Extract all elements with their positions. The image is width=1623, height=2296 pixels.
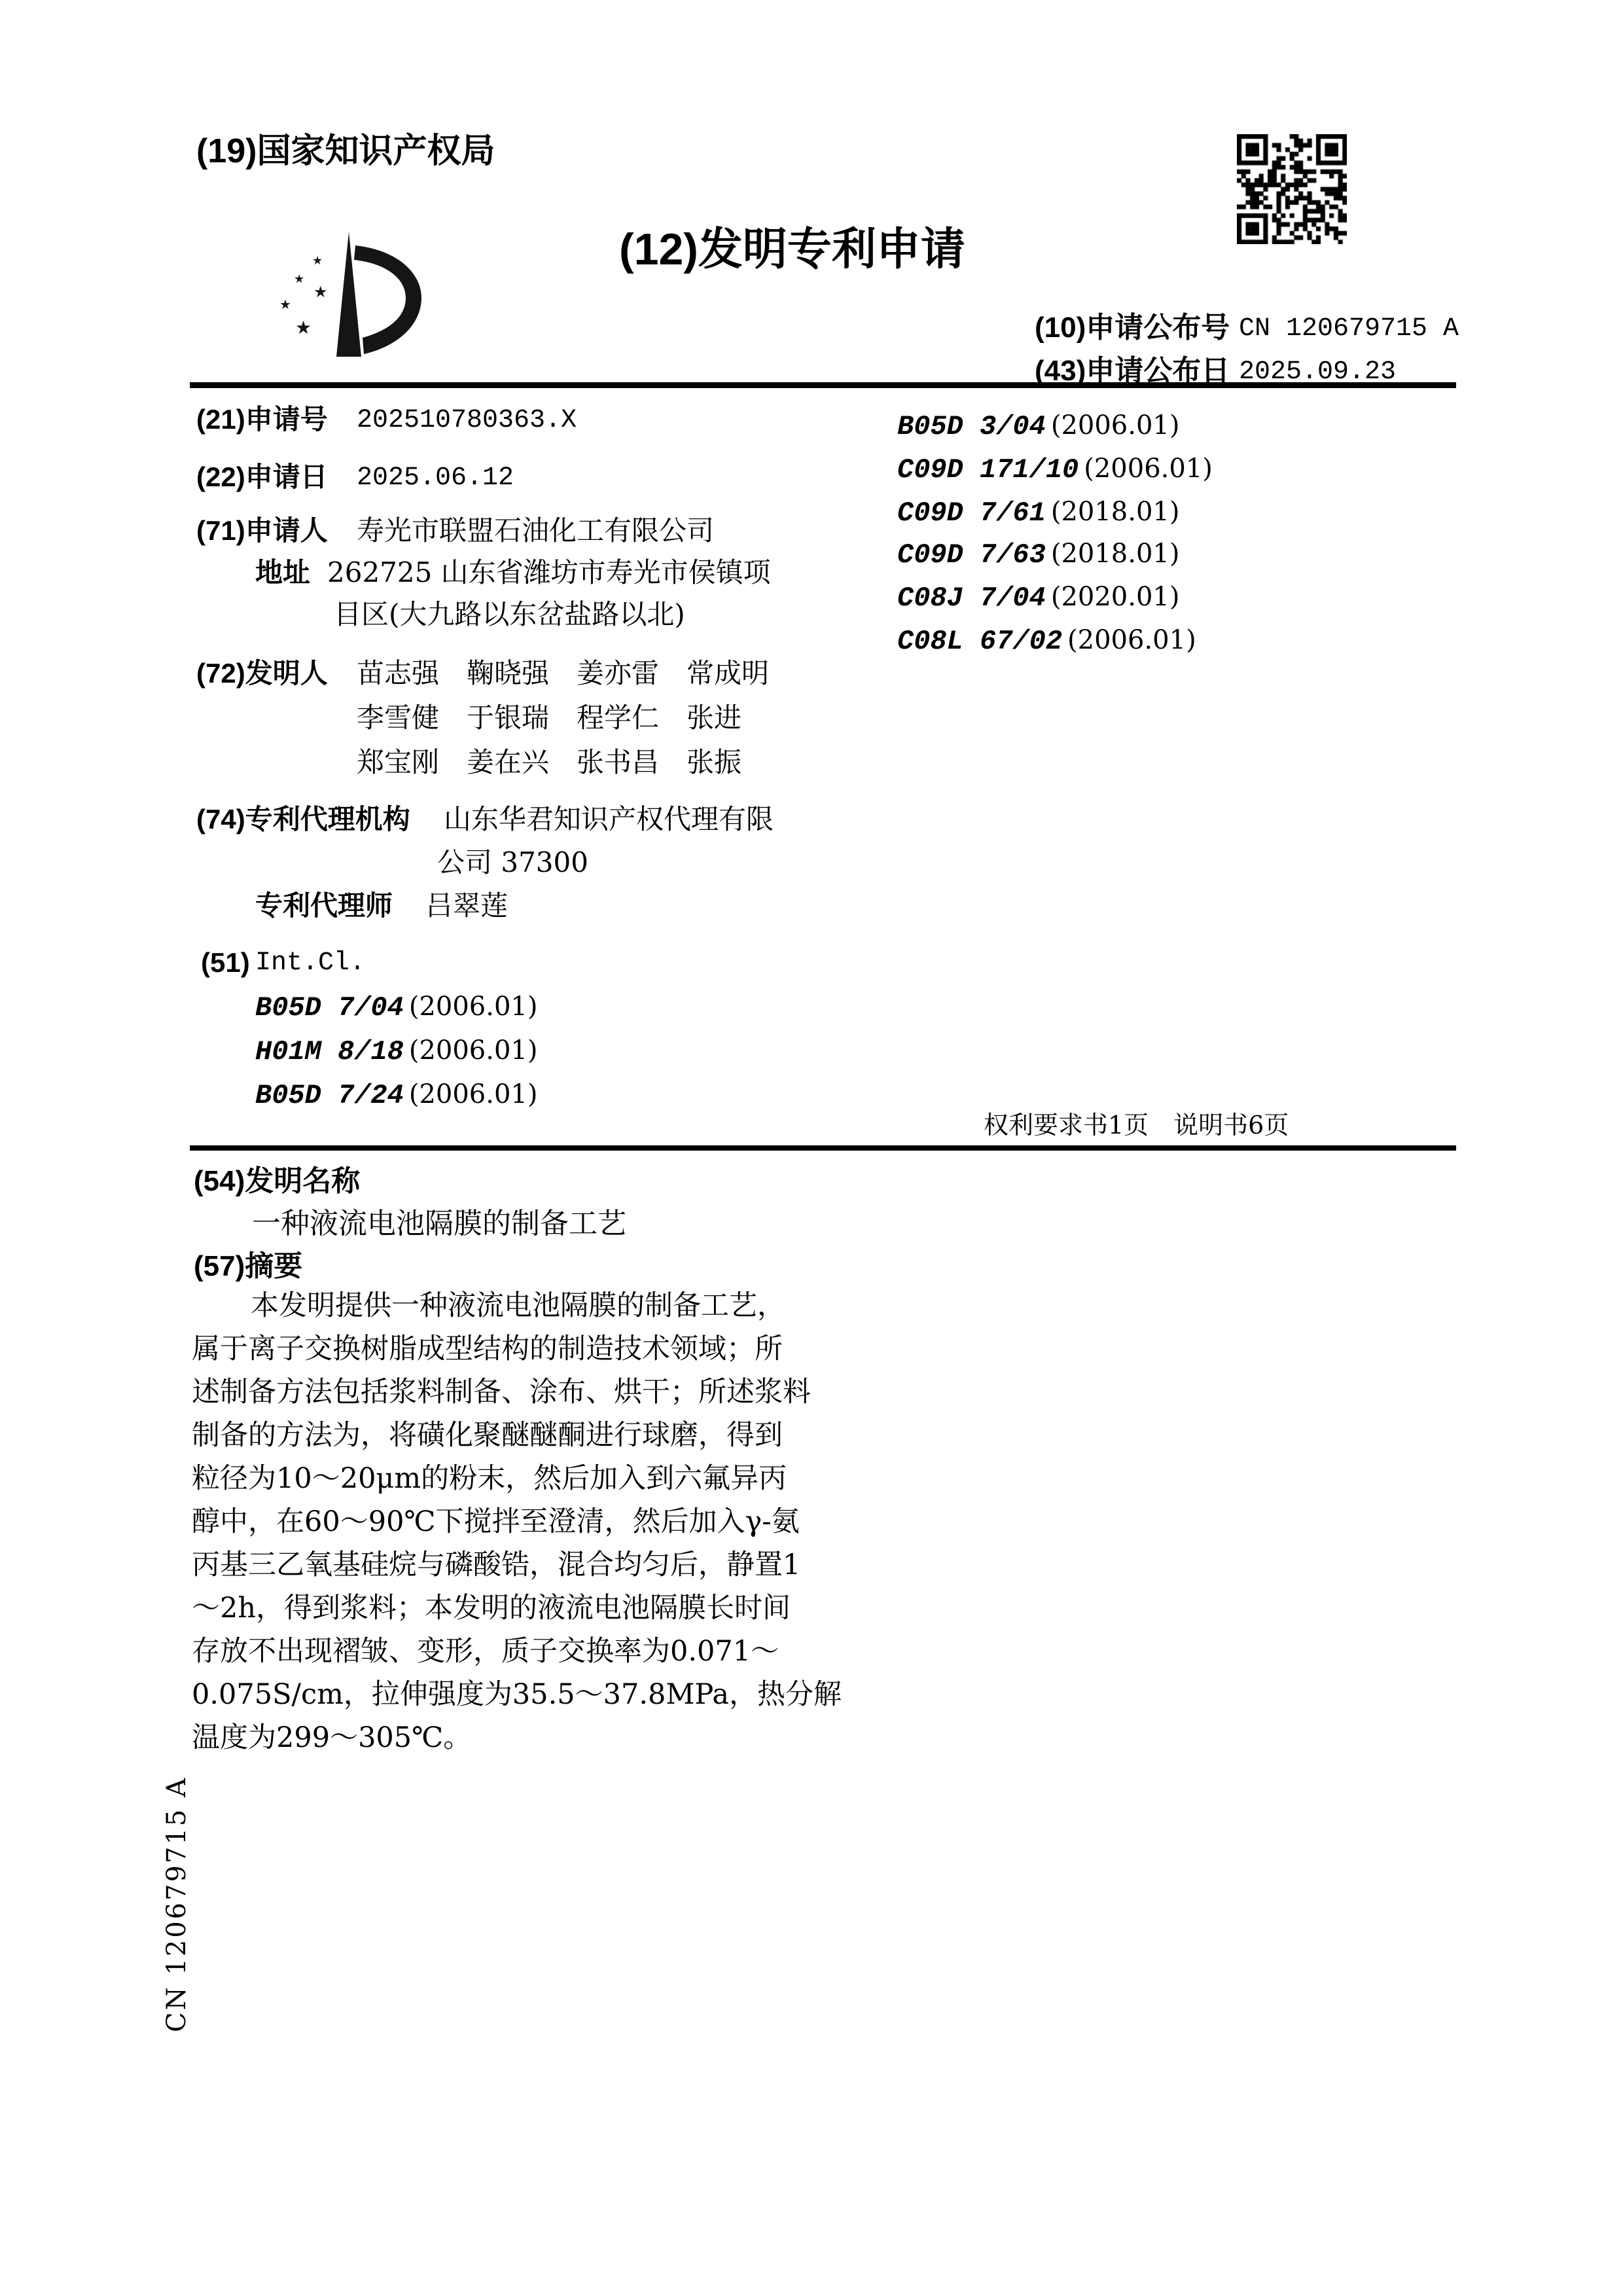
ipc-code: C09D 171/10 [897, 454, 1079, 486]
abstract-line: 存放不出现褶皱、变形，质子交换率为0.071～ [192, 1638, 779, 1666]
doc-type-title: (12)发明专利申请 [619, 227, 965, 272]
pub-number-label: (10)申请公布号 [1035, 314, 1230, 342]
header-rule [190, 382, 1456, 388]
ipc-version: (2006.01) [409, 1035, 538, 1066]
ipc-version: (2006.01) [1084, 454, 1213, 484]
app-number-value: 202510780363.X [357, 408, 577, 434]
abstract-line: 制备的方法为，将磺化聚醚醚酮进行球磨，得到 [192, 1422, 783, 1450]
ipc-version: (2006.01) [1067, 625, 1196, 655]
abstract-line: 醇中，在60～90℃下搅拌至澄清，然后加入γ-氨 [192, 1508, 800, 1536]
intcl-text: Int.Cl. [255, 950, 365, 977]
pages-note: 权利要求书1页 说明书6页 [984, 1113, 1289, 1138]
agency-label: (74)专利代理机构 [196, 806, 410, 833]
ipc-code: H01M 8/18 [255, 1036, 404, 1067]
abstract-line: 属于离子交换树脂成型结构的制造技术领域；所 [192, 1335, 783, 1363]
address-label: 地址 [255, 559, 310, 586]
side-publication-number: CN 120679715 A [164, 1776, 190, 2032]
agency-name-line1: 山东华君知识产权代理有限 [444, 806, 774, 833]
abstract-line: ～2h，得到浆料；本发明的液流电池隔膜长时间 [192, 1594, 791, 1623]
ipc-code: B05D 3/04 [897, 411, 1046, 442]
ipc-row: C08J 7/04(2020.01) [897, 584, 1179, 612]
invention-title-label: (54)发明名称 [194, 1167, 360, 1196]
ipc-row: C08L 67/02(2006.01) [897, 627, 1196, 655]
invention-title: 一种液流电池隔膜的制备工艺 [252, 1210, 626, 1238]
patent-front-page: (19)国家知识产权局 ★ ★ ★ ★ ★ (12)发明专利申请 (10)申请公… [0, 0, 1623, 2296]
intcl-row: B05D 7/24(2006.01) [255, 1081, 537, 1109]
abstract-line: 温度为299～305℃。 [192, 1724, 471, 1752]
pub-date-value: 2025.09.23 [1239, 359, 1396, 386]
inventors-row: 苗志强 鞠晓强 姜亦雷 常成明 [357, 660, 769, 687]
abstract-line: 丙基三乙氧基硅烷与磷酸锆，混合均匀后，静置1 [192, 1551, 800, 1579]
abstract-line: 本发明提供一种液流电池隔膜的制备工艺， [251, 1292, 785, 1320]
abstract-label: (57)摘要 [194, 1252, 302, 1281]
ipc-row: C09D 7/61(2018.01) [897, 499, 1179, 527]
intcl-row: B05D 7/04(2006.01) [255, 994, 537, 1022]
ipc-version: (2006.01) [409, 1079, 538, 1109]
address-line1: 262725 山东省潍坊市寿光市侯镇项 [327, 559, 771, 586]
cnipa-logo-svg: ★ ★ ★ ★ ★ [272, 230, 429, 358]
pub-date-label: (43)申请公布日 [1035, 357, 1230, 386]
abstract-line: 述制备方法包括浆料制备、涂布、烘干；所述浆料 [192, 1378, 811, 1407]
ipc-version: (2006.01) [1051, 410, 1180, 440]
svg-text:★: ★ [295, 317, 312, 338]
ipc-version: (2018.01) [1051, 497, 1180, 527]
intcl-label: (51) [201, 949, 250, 977]
svg-text:★: ★ [294, 272, 304, 286]
app-date-label: (22)申请日 [196, 463, 328, 491]
ipc-version: (2018.01) [1051, 539, 1180, 569]
ipc-code: C09D 7/61 [897, 497, 1046, 529]
ipc-code: B05D 7/24 [255, 1080, 404, 1111]
applicant-name: 寿光市联盟石油化工有限公司 [357, 517, 714, 545]
agent-label: 专利代理师 [255, 892, 393, 920]
ipc-version: (2020.01) [1051, 582, 1180, 612]
cnipa-logo-icon: ★ ★ ★ ★ ★ [272, 230, 429, 358]
abstract-line: 0.075S/cm，拉伸强度为35.5～37.8MPa，热分解 [192, 1681, 842, 1709]
ipc-code: C09D 7/63 [897, 539, 1046, 571]
address-line2: 目区(大九路以东岔盐路以北) [334, 601, 685, 628]
applicant-label: (71)申请人 [196, 517, 328, 545]
qr-code [1237, 134, 1347, 244]
ipc-row: C09D 171/10(2006.01) [897, 456, 1213, 484]
inventors-label: (72)发明人 [196, 660, 328, 687]
agent-name: 吕翠莲 [425, 892, 508, 920]
svg-text:★: ★ [312, 254, 323, 268]
abstract-line: 粒径为10～20μm的粉末，然后加入到六氟异丙 [192, 1465, 787, 1493]
svg-text:★: ★ [279, 296, 291, 312]
ipc-code: C08L 67/02 [897, 626, 1062, 657]
inventors-row: 郑宝刚 姜在兴 张书昌 张振 [357, 749, 741, 776]
agency-name-line2: 公司 37300 [437, 849, 588, 876]
ipc-version: (2006.01) [409, 992, 538, 1022]
svg-text:★: ★ [313, 283, 328, 301]
qr-code-canvas [1237, 134, 1347, 244]
section-rule [190, 1145, 1456, 1151]
ipc-code: C08J 7/04 [897, 583, 1046, 614]
app-date-value: 2025.06.12 [357, 465, 514, 492]
intcl-row: H01M 8/18(2006.01) [255, 1037, 537, 1066]
inventors-row: 李雪健 于银瑞 程学仁 张进 [357, 704, 741, 732]
ipc-row: C09D 7/63(2018.01) [897, 541, 1179, 569]
ipc-row: B05D 3/04(2006.01) [897, 412, 1179, 440]
patent-office-label: (19)国家知识产权局 [196, 134, 495, 168]
app-number-label: (21)申请号 [196, 406, 328, 433]
pub-number-value: CN 120679715 A [1239, 316, 1459, 342]
ipc-code: B05D 7/04 [255, 992, 404, 1024]
